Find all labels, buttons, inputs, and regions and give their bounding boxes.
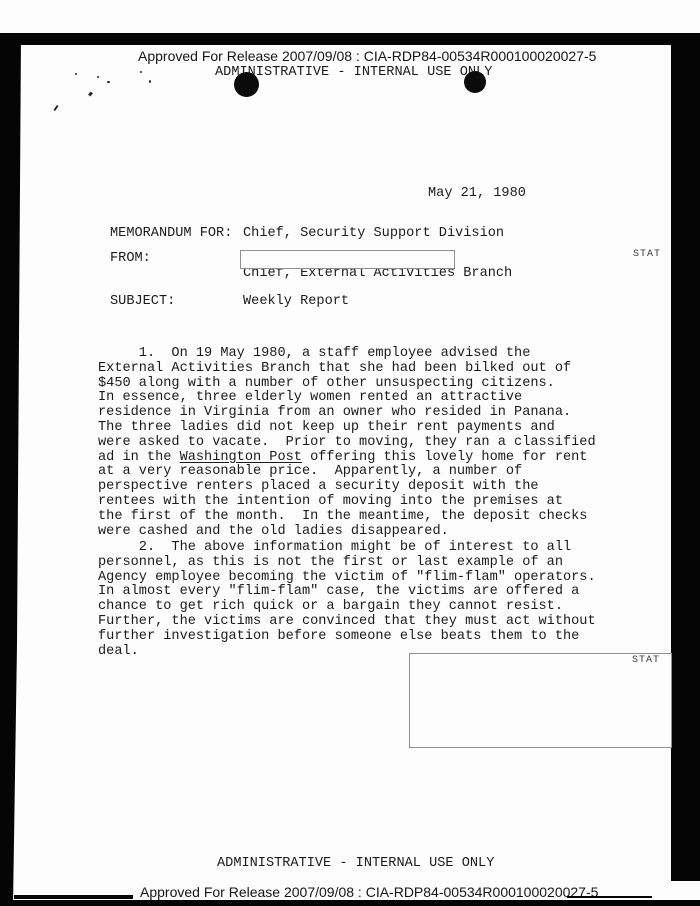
stat-marker-bottom: STAT [632, 655, 660, 666]
stat-marker-top: STAT [633, 249, 661, 260]
memo-paragraph-1: 1. On 19 May 1980, a staff employee advi… [98, 347, 596, 539]
scan-speck [88, 92, 93, 97]
redaction-box-body [409, 653, 672, 748]
memorandum-for-value: Chief, Security Support Division [243, 227, 504, 242]
memorandum-for-label: MEMORANDUM FOR: [110, 227, 232, 242]
scan-speck [97, 76, 99, 78]
redaction-box-from [240, 250, 455, 269]
scan-speck [149, 80, 151, 83]
bottom-scan-bar [0, 900, 700, 906]
approved-release-footer: Approved For Release 2007/09/08 : CIA-RD… [140, 884, 598, 900]
top-scan-bar [0, 33, 700, 45]
memo-date: May 21, 1980 [428, 187, 526, 202]
classification-footer: ADMINISTRATIVE - INTERNAL USE ONLY [217, 857, 494, 872]
footer-line-left [14, 895, 133, 899]
scan-speck [107, 81, 110, 83]
scan-speck [140, 71, 142, 73]
from-value: Chief, External Activities Branch [243, 267, 512, 282]
scan-speck [75, 73, 77, 75]
right-scan-border [671, 43, 700, 881]
approved-release-header: Approved For Release 2007/09/08 : CIA-RD… [138, 48, 596, 64]
document-page: Approved For Release 2007/09/08 : CIA-RD… [0, 0, 700, 906]
subject-value: Weekly Report [243, 295, 349, 310]
memo-paragraph-2: 2. The above information might be of int… [98, 541, 596, 659]
punch-hole-left [234, 72, 259, 97]
scan-speck [53, 105, 58, 111]
footer-line-right [567, 896, 652, 898]
left-scan-border [0, 33, 21, 906]
from-label: FROM: [110, 252, 151, 267]
subject-label: SUBJECT: [110, 295, 175, 310]
punch-hole-right [464, 71, 486, 93]
